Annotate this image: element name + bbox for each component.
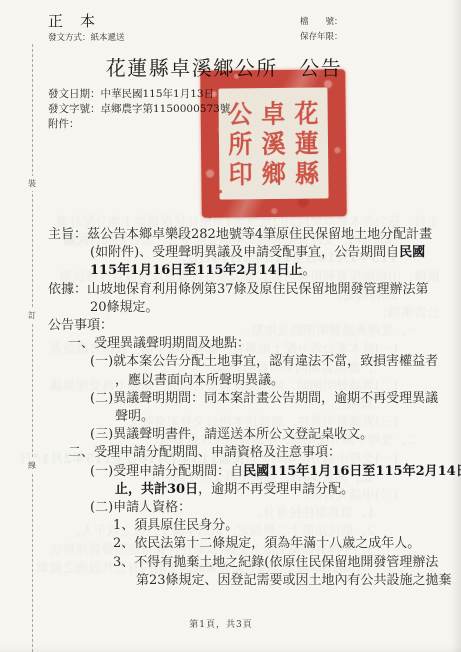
body-line: 依據：山坡地保育利用條例第37條及原住民保留地開發管理辦法第	[48, 281, 448, 299]
issue-date-line: 發文日期：中華民國115年1月13日	[48, 86, 214, 101]
binding-mark-xian: 線	[25, 458, 39, 473]
body-line: 公告事項：	[48, 317, 448, 335]
seal-inscription: 花 蓮 縣 卓 溪 鄉 公 所 印	[218, 87, 328, 199]
body-line: 止，共計30日，逾期不再受理申請分配。	[48, 481, 448, 499]
body-line: (一)受理申請分配期間：自民國115年1月16日至115年2月14日	[48, 463, 448, 481]
page-number: 第1頁，共3頁	[0, 617, 442, 630]
body-lines: 主旨：茲公告本鄉卓樂段282地號等4筆原住民保留地土地分配計畫(如附件)、受理聲…	[48, 226, 448, 590]
body-line: 第23條規定、因登記需要或因土地內有公共設施之拋棄	[48, 572, 448, 590]
seal-char: 溪	[261, 128, 285, 159]
seal-char: 縣	[295, 157, 319, 188]
binding-dashed-line	[32, 44, 33, 652]
body-line: 20條規定。	[48, 299, 448, 317]
body-line: 2、依民法第十二條規定，須為年滿十八歲之成年人。	[48, 535, 448, 553]
copy-type-label: 正 本	[48, 10, 96, 31]
seal-ink-smudge	[203, 189, 225, 221]
delivery-method-label: 發文方式：紙本遞送	[48, 31, 125, 43]
file-number-label: 檔 號：	[300, 15, 343, 27]
seal-column: 卓 溪 鄉	[261, 98, 286, 188]
official-red-seal: 花 蓮 縣 卓 溪 鄉 公 所 印	[200, 69, 347, 218]
body-line: (三)異議聲明書件，請逕送本所公文登記桌收文。	[48, 426, 448, 444]
body-line: (二)申請人資格：	[48, 499, 448, 517]
body-line: 二、受理申請分配期間、申請資格及注意事項：	[48, 444, 448, 462]
seal-char: 鄉	[262, 158, 286, 189]
binding-mark-zhuang: 裝	[25, 176, 39, 191]
body-line: 1、須具原住民身分。	[48, 517, 448, 535]
body-line: 3、不得有拋棄土地之紀錄(依原住民保留地開發管理辦法	[48, 554, 448, 572]
retention-period-label: 保存年限：	[300, 30, 343, 42]
body-line: 主旨：茲公告本鄉卓樂段282地號等4筆原住民保留地土地分配計畫	[48, 226, 448, 244]
seal-column: 花 蓮 縣	[294, 98, 319, 188]
scanned-official-announcement: { "header": { "copy_label": "正 本", "deli…	[0, 0, 461, 652]
attachment-line: 附件：	[48, 116, 80, 131]
body-line: 115年1月16日至115年2月14日止。	[48, 262, 448, 280]
body-line: (二)異議聲明期間：同本案計畫公告期間，逾期不再受理異議	[48, 390, 448, 408]
seal-char: 卓	[261, 98, 285, 129]
body-line: 一、受理異議聲明期間及地點：	[48, 335, 448, 353]
scan-bottom-shadow	[0, 646, 461, 652]
scan-edge-shadow	[451, 0, 461, 652]
seal-char: 所	[228, 128, 252, 159]
seal-char: 花	[294, 97, 318, 128]
body-line: (一)就本案公告分配土地事宜，認有違法不當，致損害權益者	[48, 353, 448, 371]
seal-char: 蓮	[295, 127, 319, 158]
body-line: ，應以書面向本所聲明異議。	[48, 372, 448, 390]
body-line: (如附件)、受理聲明異議及申請受配事宜，公告期間自民國	[48, 244, 448, 262]
seal-char: 公	[228, 98, 252, 129]
seal-char: 印	[228, 158, 252, 189]
binding-mark-ding: 訂	[25, 308, 39, 323]
body-line: 聲明。	[48, 408, 448, 426]
seal-column: 公 所 印	[228, 99, 253, 189]
